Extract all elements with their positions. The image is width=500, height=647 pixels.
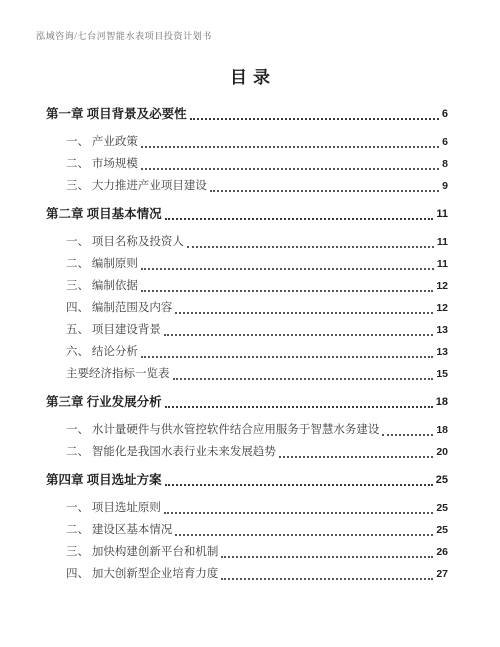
page-number: 11 xyxy=(437,253,448,275)
page-number: 18 xyxy=(436,419,448,441)
toc-entry-label: 二、 市场规模 xyxy=(66,153,138,175)
toc-item-row[interactable]: 二、 智能化是我国水表行业未来发展趋势20 xyxy=(46,441,448,463)
toc-entry-label: 三、 编制依据 xyxy=(66,275,138,297)
toc-chapter-row[interactable]: 第四章 项目选址方案25 xyxy=(46,469,448,491)
dotted-leader xyxy=(165,218,434,220)
toc-item-row[interactable]: 一、 产业政策6 xyxy=(46,131,448,153)
page-number: 11 xyxy=(437,231,448,253)
dotted-leader xyxy=(164,512,433,514)
page-number: 27 xyxy=(436,563,448,585)
toc-entry-label: 第四章 项目选址方案 xyxy=(46,469,162,491)
page-number: 11 xyxy=(436,203,448,225)
document-header: 泓域咨询/七台河智能水表项目投资计划书 xyxy=(36,29,212,42)
dotted-leader xyxy=(165,406,433,408)
toc-entry-label: 第三章 行业发展分析 xyxy=(46,391,162,413)
page-number: 13 xyxy=(436,319,448,341)
toc-item-row[interactable]: 六、 结论分析13 xyxy=(46,341,448,363)
document-page: 泓域咨询/七台河智能水表项目投资计划书 目录 第一章 项目背景及必要性6一、 产… xyxy=(0,0,500,647)
toc-item-row[interactable]: 一、 项目选址原则25 xyxy=(46,497,448,519)
dotted-leader xyxy=(165,484,433,486)
toc-item-row[interactable]: 三、 大力推进产业项目建设9 xyxy=(46,175,448,197)
dotted-leader xyxy=(175,534,433,536)
toc-entry-label: 二、 编制原则 xyxy=(66,253,138,275)
page-number: 13 xyxy=(436,341,448,363)
dotted-leader xyxy=(141,356,433,358)
toc-chapter-row[interactable]: 第三章 行业发展分析18 xyxy=(46,391,448,413)
dotted-leader xyxy=(141,290,433,292)
toc-chapter-row[interactable]: 第二章 项目基本情况11 xyxy=(46,203,448,225)
toc-entry-label: 第二章 项目基本情况 xyxy=(46,203,162,225)
dotted-leader xyxy=(190,118,439,120)
page-number: 18 xyxy=(436,391,448,413)
toc-item-row[interactable]: 四、 编制范围及内容12 xyxy=(46,297,448,319)
toc-item-row[interactable]: 三、 加快构建创新平台和机制26 xyxy=(46,541,448,563)
toc-entry-label: 一、 项目选址原则 xyxy=(66,497,161,519)
page-number: 8 xyxy=(442,153,448,175)
dotted-leader xyxy=(221,556,433,558)
toc-entry-label: 二、 建设区基本情况 xyxy=(66,519,172,541)
page-number: 15 xyxy=(436,363,448,385)
toc-entry-label: 四、 加大创新型企业培育力度 xyxy=(66,563,218,585)
toc-entry-label: 三、 加快构建创新平台和机制 xyxy=(66,541,218,563)
toc-entry-label: 六、 结论分析 xyxy=(66,341,138,363)
toc-chapter-row[interactable]: 第一章 项目背景及必要性6 xyxy=(46,103,448,125)
toc-entry-label: 五、 项目建设背景 xyxy=(66,319,161,341)
toc-entry-label: 三、 大力推进产业项目建设 xyxy=(66,175,207,197)
toc-entry-label: 一、 项目名称及投资人 xyxy=(66,231,184,253)
toc-item-row[interactable]: 三、 编制依据12 xyxy=(46,275,448,297)
page-number: 25 xyxy=(436,519,448,541)
toc-entry-label: 一、 产业政策 xyxy=(66,131,138,153)
page-number: 6 xyxy=(442,131,448,153)
page-number: 25 xyxy=(436,497,448,519)
dotted-leader xyxy=(141,168,439,170)
page-number: 25 xyxy=(436,469,448,491)
toc-item-row[interactable]: 主要经济指标一览表15 xyxy=(46,363,448,385)
page-number: 12 xyxy=(436,297,448,319)
toc-entry-label: 二、 智能化是我国水表行业未来发展趋势 xyxy=(66,441,276,463)
dotted-leader xyxy=(164,334,433,336)
dotted-leader xyxy=(210,190,439,192)
page-number: 20 xyxy=(436,441,448,463)
toc-item-row[interactable]: 二、 建设区基本情况25 xyxy=(46,519,448,541)
page-number: 26 xyxy=(436,541,448,563)
toc-item-row[interactable]: 四、 加大创新型企业培育力度27 xyxy=(46,563,448,585)
dotted-leader xyxy=(175,312,433,314)
dotted-leader xyxy=(279,456,433,458)
page-title: 目录 xyxy=(0,63,500,88)
toc-entry-label: 主要经济指标一览表 xyxy=(66,363,170,385)
toc-entry-label: 四、 编制范围及内容 xyxy=(66,297,172,319)
dotted-leader xyxy=(382,434,433,436)
page-number: 6 xyxy=(442,103,448,125)
dotted-leader xyxy=(141,146,439,148)
toc-item-row[interactable]: 二、 编制原则11 xyxy=(46,253,448,275)
toc-item-row[interactable]: 二、 市场规模8 xyxy=(46,153,448,175)
dotted-leader xyxy=(141,268,434,270)
table-of-contents: 第一章 项目背景及必要性6一、 产业政策6二、 市场规模8三、 大力推进产业项目… xyxy=(46,97,448,585)
toc-item-row[interactable]: 一、 水计量硬件与供水管控软件结合应用服务于智慧水务建设18 xyxy=(46,419,448,441)
page-number: 9 xyxy=(442,175,448,197)
toc-entry-label: 第一章 项目背景及必要性 xyxy=(46,103,187,125)
toc-item-row[interactable]: 五、 项目建设背景13 xyxy=(46,319,448,341)
dotted-leader xyxy=(221,578,433,580)
page-number: 12 xyxy=(436,275,448,297)
toc-item-row[interactable]: 一、 项目名称及投资人11 xyxy=(46,231,448,253)
dotted-leader xyxy=(187,246,434,248)
toc-entry-label: 一、 水计量硬件与供水管控软件结合应用服务于智慧水务建设 xyxy=(66,419,379,441)
dotted-leader xyxy=(173,378,434,380)
